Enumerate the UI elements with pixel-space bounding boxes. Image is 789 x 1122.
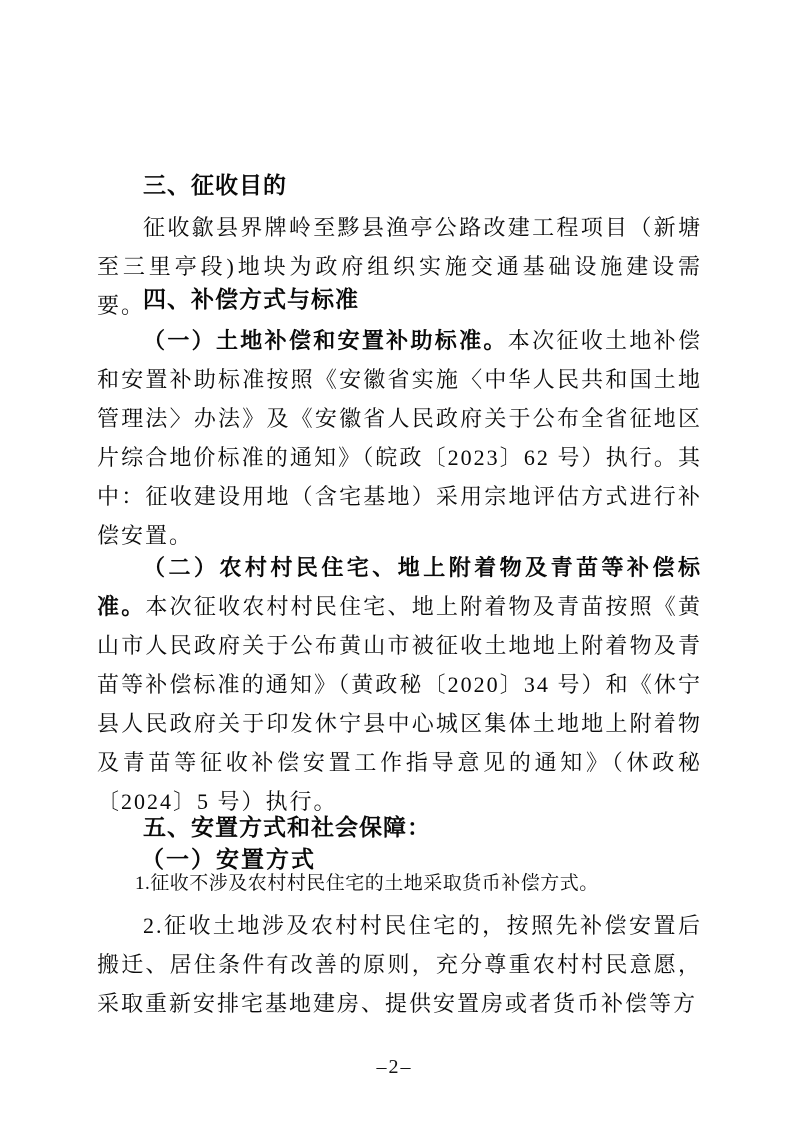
section-5-subsection-1-item-2: 2.征收土地涉及农村村民住宅的，按照先补偿安置后搬迁、居住条件有改善的原则，充分… [97, 906, 702, 1023]
page-number: –2– [0, 1056, 789, 1079]
section-4-heading: 四、补偿方式与标准 [97, 280, 702, 318]
section-4-item-1-body: 本次征收土地补偿和安置补助标准按照《安徽省实施〈中华人民共和国土地管理法〉办法》… [97, 328, 702, 548]
section-4-item-1-lead: （一）土地补偿和安置补助标准。 [143, 328, 508, 353]
section-4-item-1-paragraph: （一）土地补偿和安置补助标准。本次征收土地补偿和安置补助标准按照《安徽省实施〈中… [97, 321, 702, 555]
section-4-item-2-paragraph: （二）农村村民住宅、地上附着物及青苗等补偿标准。本次征收农村村民住宅、地上附着物… [97, 548, 702, 821]
section-3-heading: 三、征收目的 [97, 166, 702, 204]
document-page: 三、征收目的 征收歙县界牌岭至黟县渔亭公路改建工程项目（新塘至三里亭段)地块为政… [0, 0, 789, 1122]
section-4-item-2-body: 本次征收农村村民住宅、地上附着物及青苗按照《黄山市人民政府关于公布黄山市被征收土… [97, 594, 702, 814]
section-5-subsection-1-item-1: 1.征收不涉及农村村民住宅的土地采取货币补偿方式。 [97, 867, 702, 901]
